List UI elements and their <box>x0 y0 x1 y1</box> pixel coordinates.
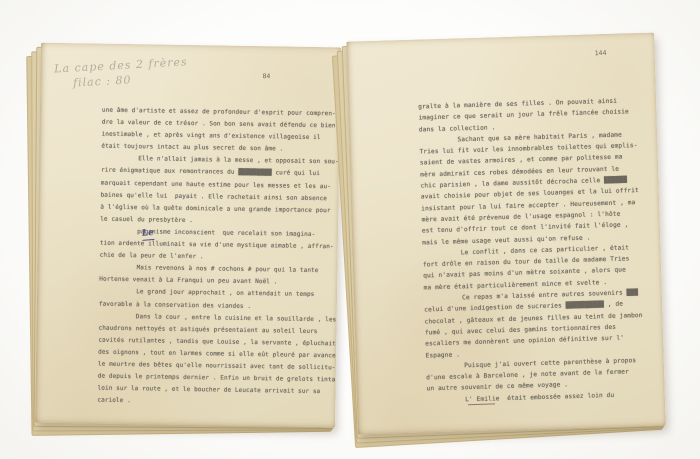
typed-text-block: une âme d'artiste et assez de profondeur… <box>97 105 337 411</box>
ink-correction: Le <box>141 228 154 241</box>
typed-text-block: gralte à la manière de ses filles . On p… <box>418 95 655 407</box>
right-page-stack: 144 gralte à la manière de ses filles . … <box>346 33 666 435</box>
title-underline <box>468 403 495 405</box>
right-page: 144 gralte à la manière de ses filles . … <box>346 33 666 435</box>
photograph-background: La cape des 2 frères filac : 80 84 une â… <box>0 0 700 459</box>
left-page: La cape des 2 frères filac : 80 84 une â… <box>35 43 341 428</box>
left-page-stack: La cape des 2 frères filac : 80 84 une â… <box>35 43 341 428</box>
handwritten-annotation: La cape des 2 frères filac : 80 <box>54 54 189 91</box>
page-number: 84 <box>262 72 270 80</box>
page-number: 144 <box>595 49 607 57</box>
